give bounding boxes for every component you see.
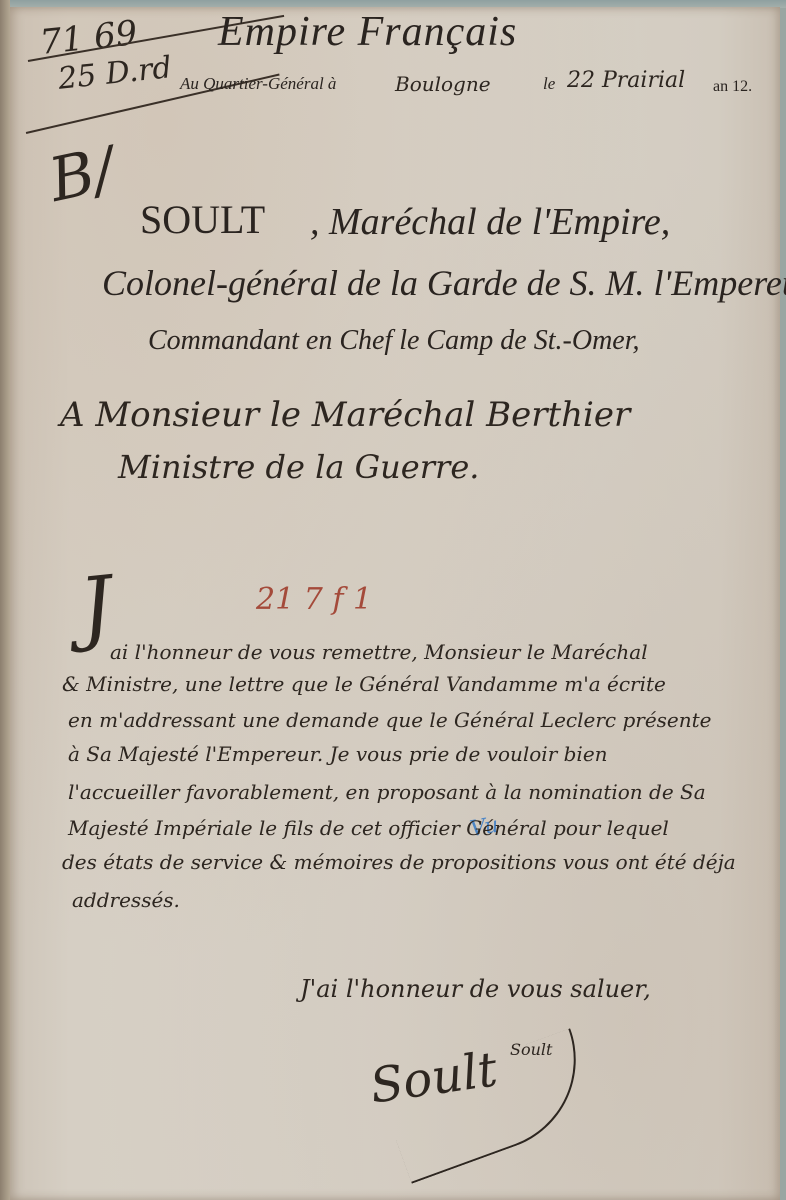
sender-name-text: SOULT	[140, 197, 265, 242]
body-line: des états de service & mémoires de propo…	[62, 850, 736, 874]
letterhead-date: 22 Prairial	[567, 68, 685, 93]
addressee-line1: A Monsieur le Maréchal Berthier	[60, 395, 630, 435]
letterhead-place-label: Au Quartier-Général à	[180, 74, 336, 94]
red-archive-annotation: 21 7 f 1	[256, 582, 372, 617]
sender-title-line1: , Maréchal de l'Empire,	[310, 200, 670, 244]
body-line: ai l'honneur de vous remettre, Monsieur …	[110, 640, 648, 664]
sender-name: SOULT	[140, 196, 265, 243]
letterhead-place: Boulogne	[395, 72, 491, 96]
letter-paper	[8, 7, 780, 1200]
closing-salutation: J'ai l'honneur de vous saluer,	[300, 975, 651, 1003]
body-line: & Ministre, une lettre que le Général Va…	[62, 672, 666, 696]
frame-left-border	[0, 0, 10, 1200]
body-line: Majesté Impériale le fils de cet officie…	[68, 816, 669, 840]
body-line: à Sa Majesté l'Empereur. Je vous prie de…	[68, 742, 608, 766]
sender-title-line2: Colonel-général de la Garde de S. M. l'E…	[102, 262, 786, 304]
letterhead-year: an 12.	[713, 78, 752, 96]
body-line: l'accueiller favorablement, en proposant…	[68, 780, 706, 804]
sender-title-line3: Commandant en Chef le Camp de St.-Omer,	[148, 325, 640, 357]
letterhead-date-prefix: le	[543, 74, 555, 94]
body-line: addressés.	[72, 888, 180, 912]
letterhead-title: Empire Français	[218, 8, 517, 56]
body-line: en m'addressant une demande que le Génér…	[68, 708, 712, 732]
addressee-line2: Ministre de la Guerre.	[118, 448, 479, 486]
